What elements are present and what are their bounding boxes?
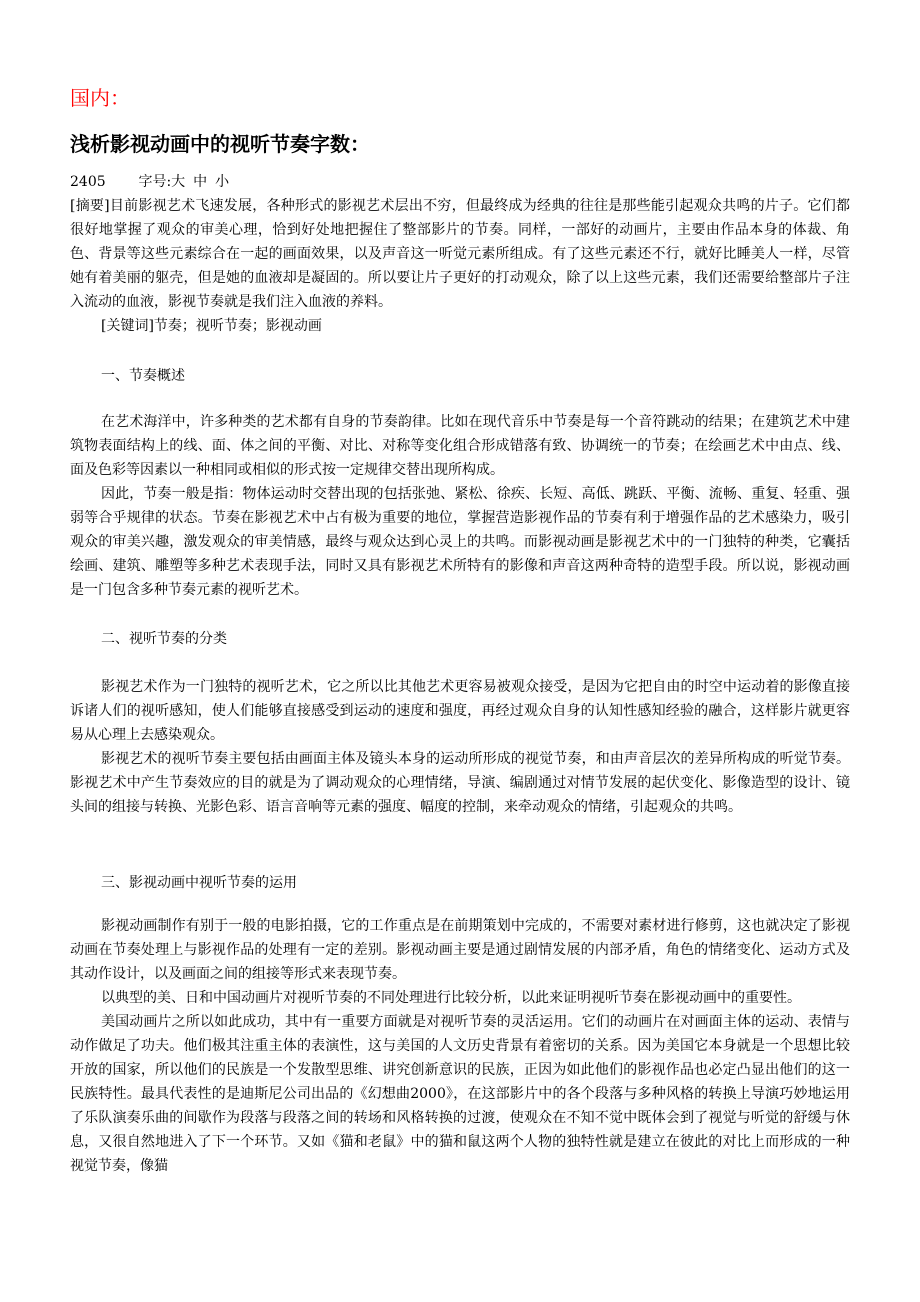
paragraph: 在艺术海洋中，许多种类的艺术都有自身的节奏韵律。比如在现代音乐中节奏是每一个音符… (70, 410, 850, 482)
keywords: [关键词]节奏；视听节奏；影视动画 (70, 314, 850, 338)
paragraph: 因此，节奏一般是指：物体运动时交替出现的包括张弛、紧松、徐疾、长短、高低、跳跃、… (70, 482, 850, 602)
article-title: 浅析影视动画中的视听节奏字数： (70, 130, 370, 158)
section-body-2: 影视艺术作为一门独特的视听艺术，它之所以比其他艺术更容易被观众接受，是因为它把自… (70, 675, 850, 819)
paragraph: 影视艺术的视听节奏主要包括由画面主体及镜头本身的运动所形成的视觉节奏，和由声音层… (70, 747, 850, 819)
abstract: [摘要]目前影视艺术飞速发展，各种形式的影视艺术层出不穷，但最终成为经典的往往是… (70, 194, 850, 314)
document-page: 国内： 浅析影视动画中的视听节奏字数： 2405 字号:大中小 [摘要]目前影视… (0, 0, 920, 1302)
paragraph: 影视艺术作为一门独特的视听艺术，它之所以比其他艺术更容易被观众接受，是因为它把自… (70, 675, 850, 747)
article-meta: 2405 字号:大中小 (70, 172, 237, 192)
section-heading-1: 一、节奏概述 (101, 364, 185, 388)
paragraph: 以典型的美、日和中国动画片对视听节奏的不同处理进行比较分析，以此来证明视听节奏在… (70, 986, 850, 1010)
font-size-large-link[interactable]: 大 (171, 174, 185, 190)
section-heading-2: 二、视听节奏的分类 (101, 627, 227, 651)
font-size-medium-link[interactable]: 中 (193, 174, 207, 190)
section-body-3: 影视动画制作有别于一般的电影拍摄，它的工作重点是在前期策划中完成的，不需要对素材… (70, 914, 850, 1178)
font-size-label: 字号: (138, 174, 171, 190)
section-body-1: 在艺术海洋中，许多种类的艺术都有自身的节奏韵律。比如在现代音乐中节奏是每一个音符… (70, 410, 850, 602)
region-heading: 国内： (70, 84, 130, 112)
font-size-small-link[interactable]: 小 (215, 174, 229, 190)
section-heading-3: 三、影视动画中视听节奏的运用 (101, 871, 297, 895)
paragraph: 美国动画片之所以如此成功，其中有一重要方面就是对视听节奏的灵活运用。它们的动画片… (70, 1010, 850, 1178)
word-count: 2405 (70, 172, 134, 192)
paragraph: 影视动画制作有别于一般的电影拍摄，它的工作重点是在前期策划中完成的，不需要对素材… (70, 914, 850, 986)
abstract-block: [摘要]目前影视艺术飞速发展，各种形式的影视艺术层出不穷，但最终成为经典的往往是… (70, 194, 850, 338)
